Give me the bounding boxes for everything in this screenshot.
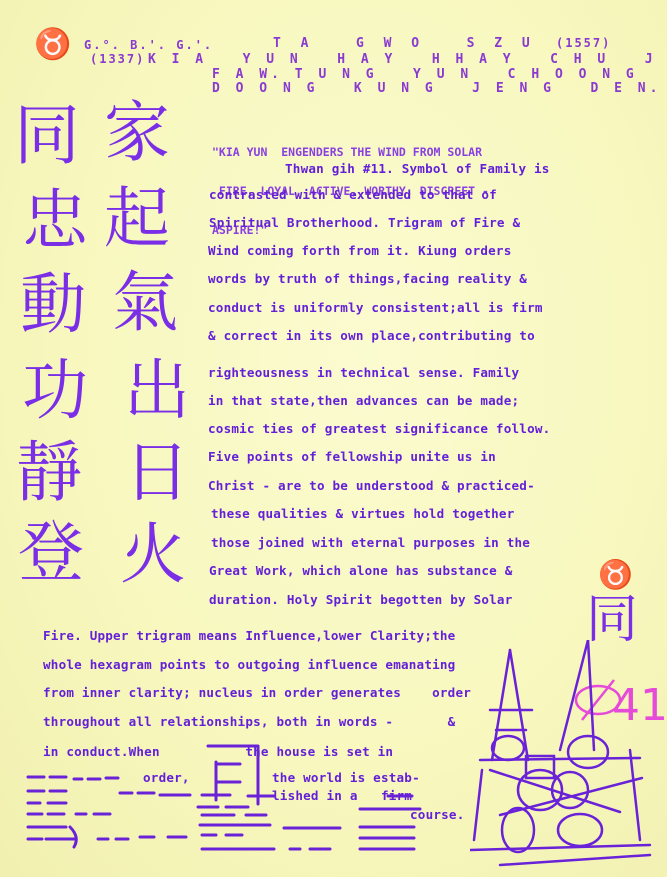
header-line4: D O O N G K U N G J E N G D E N. (212, 81, 661, 96)
taurus-symbol-right-icon: ♉ (598, 558, 633, 591)
cjk-char: 出 (124, 358, 190, 424)
header-line2-number: (1337) (90, 52, 145, 66)
body-line: words by truth of things,facing reality … (208, 271, 527, 286)
cjk-char: 同 (14, 103, 80, 169)
cjk-char-right-margin: 同 (586, 594, 638, 646)
body-line: in that state,then advances can be made; (208, 393, 519, 408)
body-line: whole hexagram points to outgoing influe… (43, 657, 455, 672)
body-line: & correct in its own place,contributing … (208, 328, 535, 343)
body-line: cosmic ties of greatest significance fol… (208, 421, 550, 436)
taurus-symbol-icon: ♉ (34, 30, 71, 60)
body-line: Fire. Upper trigram means Influence,lowe… (43, 628, 455, 643)
cjk-char: 起 (104, 186, 170, 252)
cjk-char: 火 (120, 522, 186, 588)
body-line: Thwan gih #11. Symbol of Family is (285, 161, 550, 176)
header-org: G.°. B.'. G.'. (84, 38, 213, 52)
body-line: these qualities & virtues hold together (211, 506, 515, 521)
cjk-char: 動 (20, 272, 86, 338)
dash-marks-icon (20, 755, 440, 855)
body-line: Wind coming forth from it. Kiung orders (208, 243, 512, 258)
body-line: contrasted with & extended to that of (209, 187, 497, 202)
typewritten-page: ♉ G.°. B.'. G.'. T A G W O S Z U (1557) … (0, 0, 667, 877)
body-line: Christ - are to be understood & practice… (208, 478, 535, 493)
cjk-char: 家 (104, 100, 170, 166)
quote-line: "KIA YUN ENGENDERS THE WIND FROM SOLAR (212, 146, 489, 159)
cjk-char: 氣 (112, 270, 178, 336)
body-line: righteousness in technical sense. Family (208, 365, 519, 380)
tower-sketch-icon (470, 640, 660, 870)
cjk-char: 忠 (22, 188, 88, 254)
body-line: conduct is uniformly consistent;all is f… (208, 300, 543, 315)
cjk-char: 靜 (16, 440, 82, 506)
body-line: throughout all relationships, both in wo… (43, 714, 455, 729)
header-title: T A G W O S Z U (273, 36, 536, 51)
header-line2: K I A Y U N H A Y H H A Y C H U J I H (148, 52, 667, 67)
body-line: Spiritual Brotherhood. Trigram of Fire & (209, 215, 520, 230)
body-line: from inner clarity; nucleus in order gen… (43, 685, 471, 700)
cjk-char: 登 (18, 520, 84, 586)
body-line: Five points of fellowship unite us in (208, 449, 496, 464)
cjk-char: 功 (22, 358, 88, 424)
body-line: duration. Holy Spirit begotten by Solar (209, 592, 513, 607)
body-line: those joined with eternal purposes in th… (211, 535, 530, 550)
header-number: (1557) (556, 36, 611, 50)
header-line3: F A W. T U N G Y U N C H O O N G (212, 67, 638, 82)
cjk-char: 日 (124, 440, 190, 506)
body-line: Great Work, which alone has substance & (209, 563, 513, 578)
